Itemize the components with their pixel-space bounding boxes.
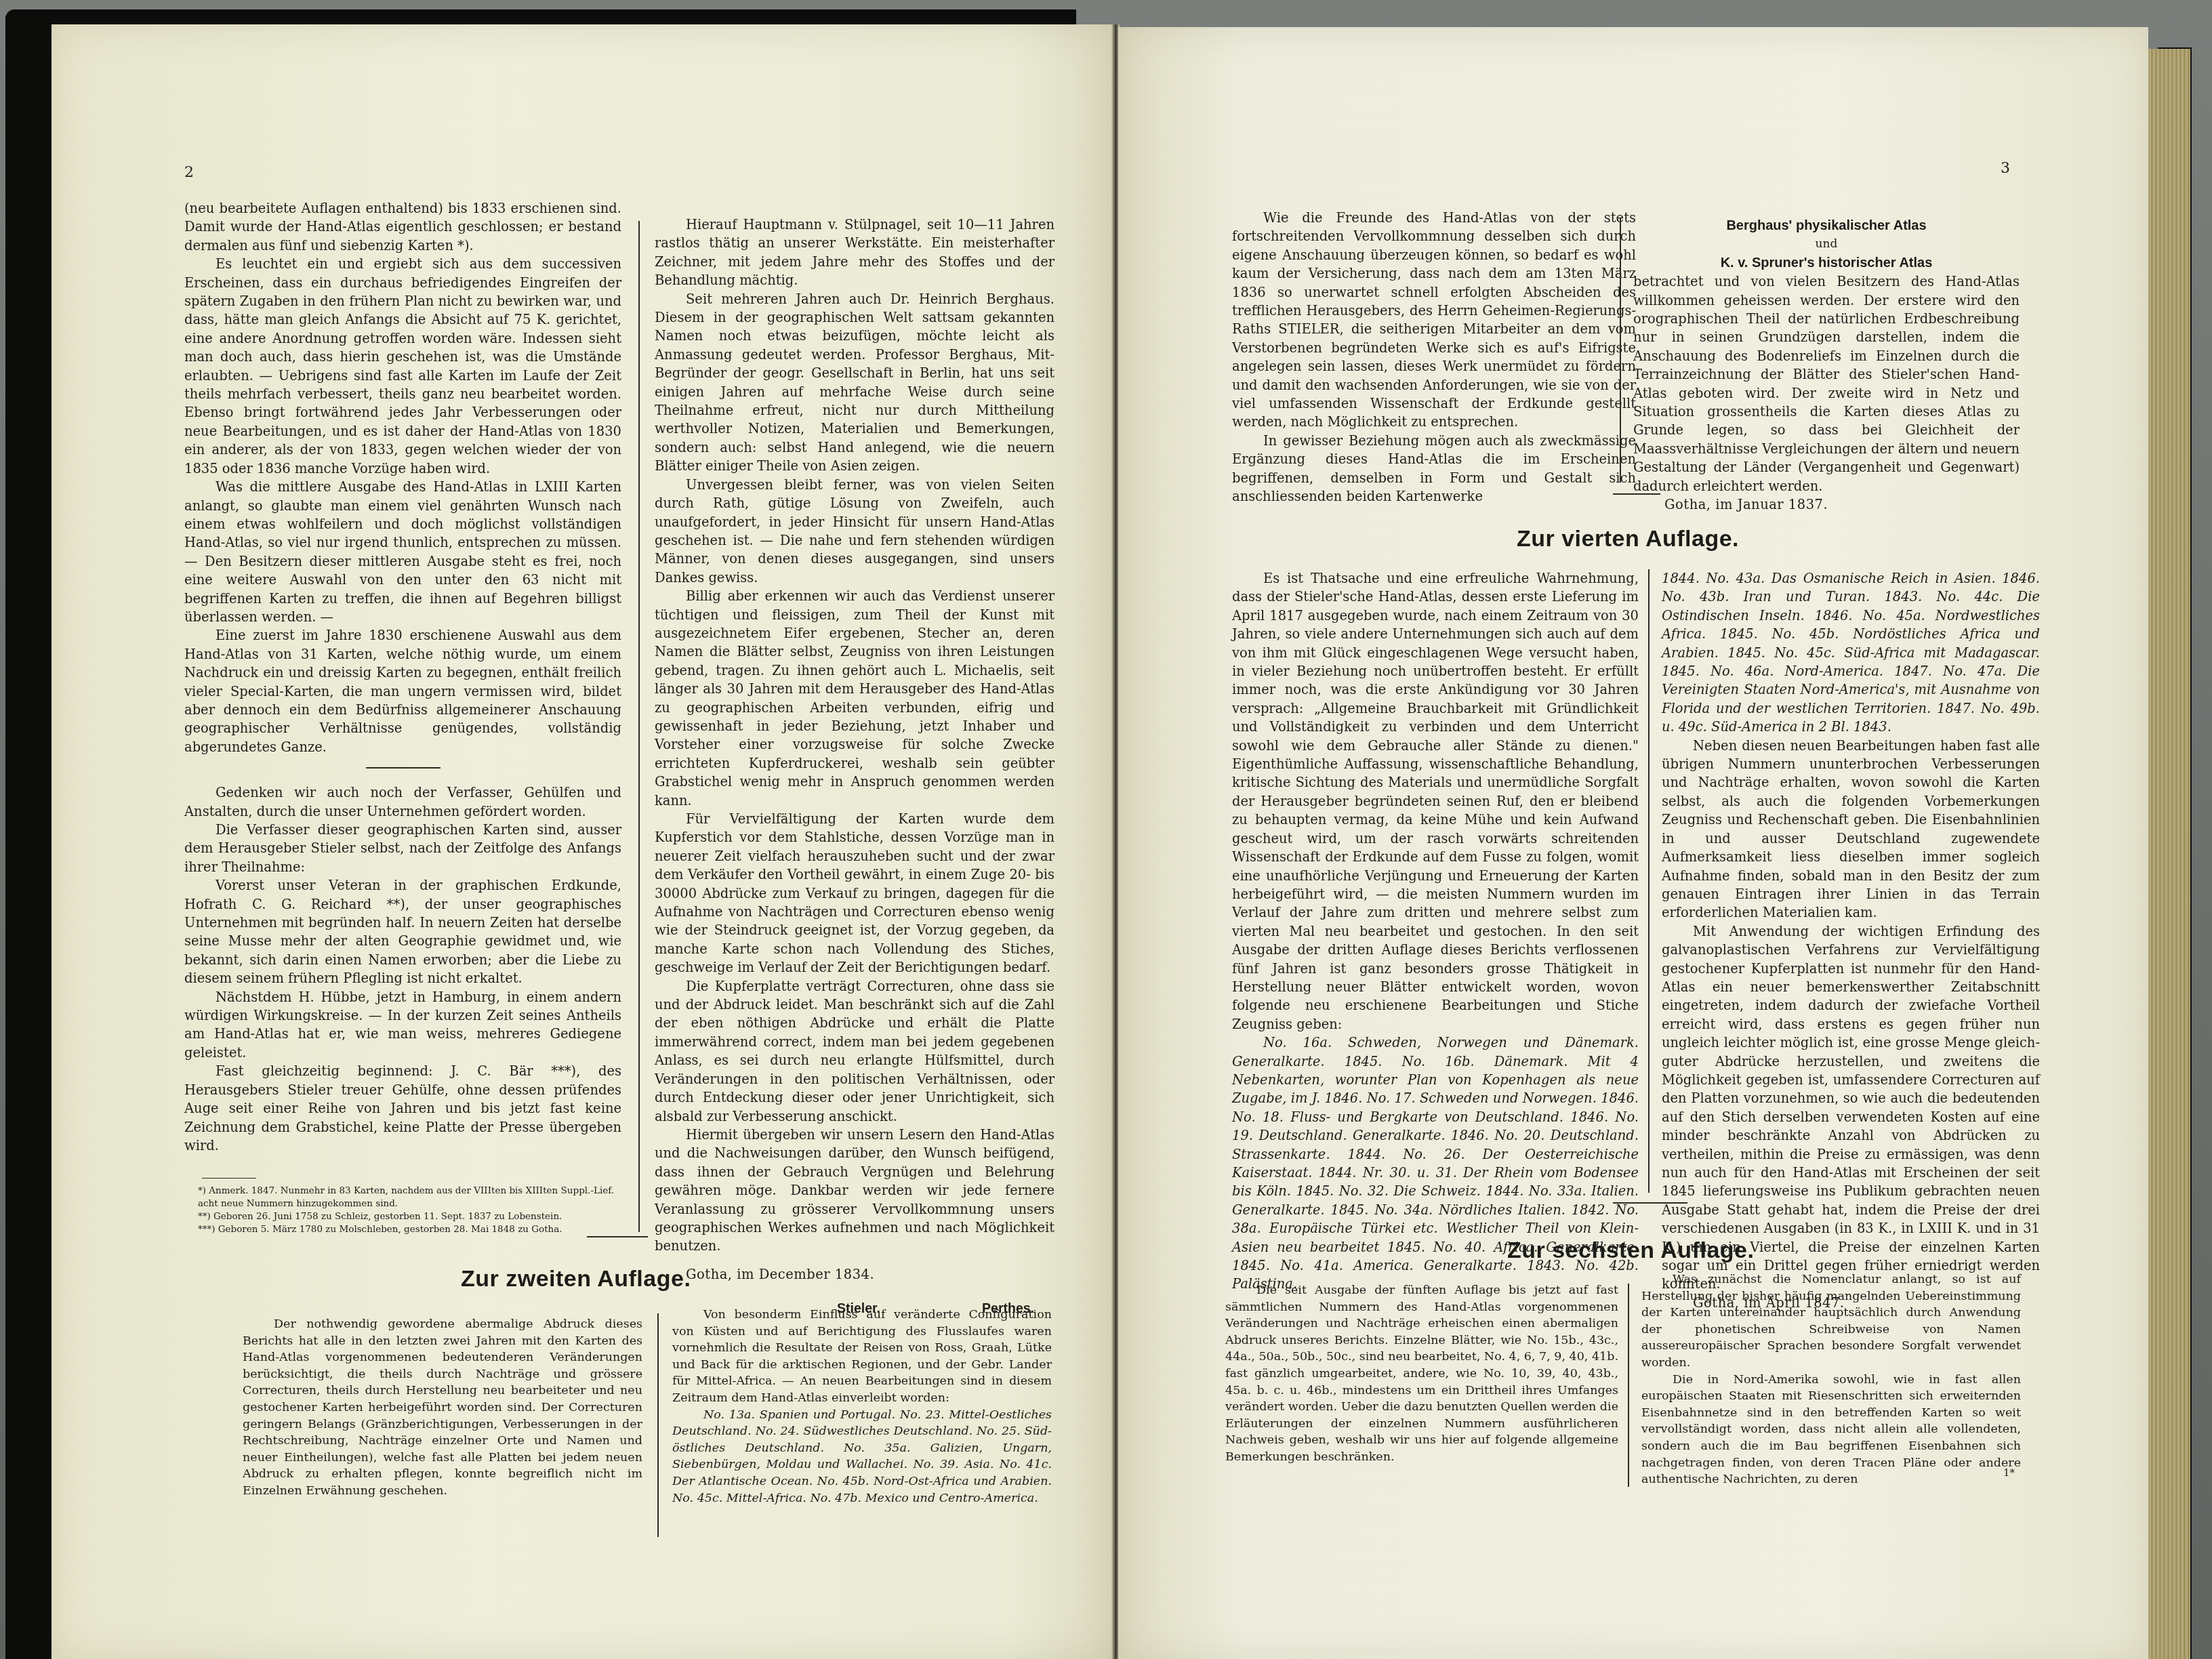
paragraph: (neu bearbeitete Auflagen enthaltend) bi…	[184, 199, 621, 255]
sechste-column-1: Die seit Ausgabe der fünften Auflage bis…	[1225, 1282, 1618, 1466]
page-number-left: 2	[184, 164, 194, 181]
paragraph: Eine zuerst im Jahre 1830 erschienene Au…	[184, 626, 621, 756]
paragraph: Was zunächst die Nomenclatur anlangt, so…	[1641, 1271, 2021, 1372]
column-rule	[638, 221, 640, 1232]
column-rule	[1628, 1284, 1629, 1487]
column-rule	[1648, 569, 1650, 1193]
paragraph: Neben diesen neuen Bearbeitungen haben f…	[1662, 737, 2040, 922]
heading-sechste-auflage: Zur sechsten Auflage.	[1507, 1237, 1754, 1264]
signature-mark: 1*	[2003, 1467, 2015, 1479]
heading-vierte-auflage: Zur vierten Auflage.	[1517, 526, 1739, 552]
page-block-fore-edge	[2148, 49, 2190, 1659]
section-divider	[1613, 1202, 1687, 1204]
section-divider	[587, 1236, 648, 1237]
column-rule	[657, 1313, 659, 1537]
paragraph: Was die mittlere Ausgabe des Hand-Atlas …	[184, 478, 621, 626]
heading-zweite-auflage: Zur zweiten Auflage.	[461, 1266, 691, 1292]
paragraph: In gewisser Beziehung mögen auch als zwe…	[1232, 432, 1636, 506]
paragraph: Der nothwendig gewordene abermalige Abdr…	[243, 1316, 642, 1500]
paragraph: Seit mehreren Jahren auch Dr. Heinrich B…	[655, 290, 1054, 476]
column-rule	[1620, 218, 1621, 483]
title-berghaus-atlas: Berghaus' physikalischer Atlas	[1633, 217, 2020, 235]
left-page: 2 (neu bearbeitete Auflagen enthaltend) …	[52, 24, 1115, 1659]
paragraph: Billig aber erkennen wir auch das Verdie…	[655, 587, 1054, 810]
section-divider	[366, 767, 441, 769]
title-spruner-atlas: K. v. Spruner's historischer Atlas	[1633, 254, 2020, 272]
footnotes: *) Anmerk. 1847. Nunmehr in 83 Karten, n…	[198, 1185, 632, 1236]
right-page: 3 Wie die Freunde des Hand-Atlas von der…	[1118, 27, 2148, 1659]
page-number-right: 3	[2001, 160, 2010, 177]
paragraph: Für Vervielfältigung der Karten wurde de…	[655, 810, 1054, 977]
right-page-intro-column-2: Berghaus' physikalischer Atlas und K. v.…	[1633, 217, 2020, 514]
zweite-column-1: Der nothwendig gewordene abermalige Abdr…	[243, 1316, 642, 1500]
place-date: Gotha, im Januar 1837.	[1633, 495, 2020, 514]
paragraph: Gedenken wir auch noch der Verfasser, Ge…	[184, 783, 621, 821]
footnote: *) Anmerk. 1847. Nunmehr in 83 Karten, n…	[198, 1185, 632, 1210]
paragraph: betrachtet und von vielen Besitzern des …	[1633, 272, 2020, 495]
paragraph: Die Kupferplatte verträgt Correcturen, o…	[655, 977, 1054, 1126]
footnote: **) Geboren 26. Juni 1758 zu Schleiz, ge…	[198, 1210, 632, 1223]
paragraph: Hiermit übergeben wir unsern Lesern den …	[655, 1126, 1054, 1256]
paragraph: Fast gleichzeitig beginnend: J. C. Bär *…	[184, 1062, 621, 1155]
paragraph: Es ist Thatsache und eine erfreuliche Wa…	[1232, 569, 1639, 1033]
right-page-intro-column-1: Wie die Freunde des Hand-Atlas von der s…	[1232, 209, 1636, 506]
paragraph: Von besonderm Einfluss auf veränderte Co…	[672, 1307, 1052, 1407]
map-list: 1844. No. 43a. Das Osmanische Reich in A…	[1662, 569, 2040, 737]
footnote: ***) Geboren 5. März 1780 zu Molschleben…	[198, 1223, 632, 1236]
place-date: Gotha, im December 1834.	[655, 1265, 1054, 1284]
paragraph: Die in Nord-Amerika sowohl, wie in fast …	[1641, 1372, 2021, 1488]
paragraph: Nächstdem H. Hübbe, jetzt in Hamburg, in…	[184, 988, 621, 1063]
zweite-column-2: Von besonderm Einfluss auf veränderte Co…	[672, 1307, 1052, 1507]
footnote-divider	[202, 1178, 256, 1179]
title-connector: und	[1633, 235, 2020, 253]
paragraph: Es leuchtet ein und ergiebt sich aus dem…	[184, 255, 621, 478]
paragraph: Hierauf Hauptmann v. Stülpnagel, seit 10…	[655, 216, 1054, 290]
vierte-column-1: Es ist Thatsache und eine erfreuliche Wa…	[1232, 569, 1639, 1294]
sechste-column-2: Was zunächst die Nomenclatur anlangt, so…	[1641, 1271, 2021, 1488]
left-page-column-1: (neu bearbeitete Auflagen enthaltend) bi…	[184, 199, 621, 1155]
vierte-column-2: 1844. No. 43a. Das Osmanische Reich in A…	[1662, 569, 2040, 1312]
paragraph: Wie die Freunde des Hand-Atlas von der s…	[1232, 209, 1636, 432]
section-divider	[1613, 493, 1660, 495]
paragraph: Vorerst unser Veteran in der graphischen…	[184, 876, 621, 987]
map-list: No. 13a. Spanien und Portugal. No. 23. M…	[672, 1407, 1052, 1507]
paragraph: Die Verfasser dieser geographischen Kart…	[184, 821, 621, 876]
paragraph: Die seit Ausgabe der fünften Auflage bis…	[1225, 1282, 1618, 1466]
paragraph: Unvergessen bleibt ferner, was von viele…	[655, 476, 1054, 587]
left-page-column-2: Hierauf Hauptmann v. Stülpnagel, seit 10…	[655, 216, 1054, 1319]
